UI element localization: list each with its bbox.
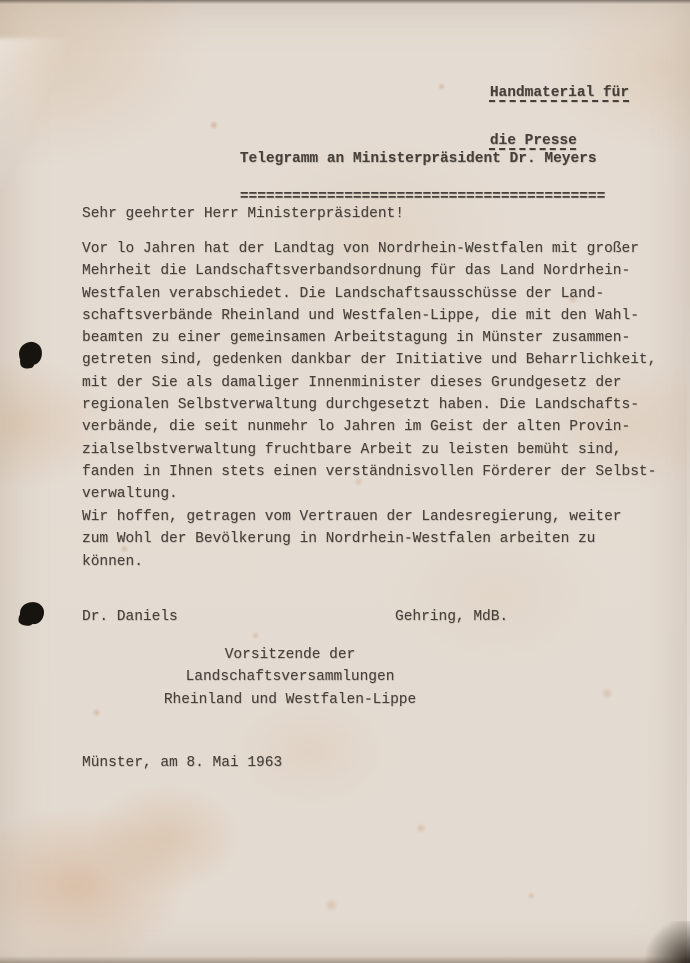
punch-hole-top bbox=[18, 341, 44, 367]
scanned-letter-page: Handmaterial für die Presse Telegramm an… bbox=[0, 0, 690, 963]
place-date-line: Münster, am 8. Mai 1963 bbox=[82, 752, 282, 774]
body-paragraph-2: Wir hoffen, getragen vom Vertrauen der L… bbox=[82, 506, 622, 573]
scan-edge-bottom bbox=[0, 956, 690, 963]
signature-name-right: Gehring, MdB. bbox=[395, 606, 508, 628]
telegram-title: Telegramm an Ministerpräsident Dr. Meyer… bbox=[240, 151, 597, 167]
punch-hole-bottom bbox=[19, 601, 44, 625]
press-handout-line1: Handmaterial für bbox=[490, 85, 629, 101]
salutation: Sehr geehrter Herr Ministerpräsident! bbox=[82, 203, 404, 225]
scan-edge-top bbox=[0, 0, 690, 4]
corner-shadow bbox=[640, 921, 690, 963]
signature-name-left: Dr. Daniels bbox=[82, 606, 178, 628]
signature-role-block: Vorsitzende der Landschaftsversammlungen… bbox=[120, 644, 460, 711]
paper-crease bbox=[0, 38, 74, 188]
body-paragraph-1: Vor lo Jahren hat der Landtag von Nordrh… bbox=[82, 238, 656, 506]
